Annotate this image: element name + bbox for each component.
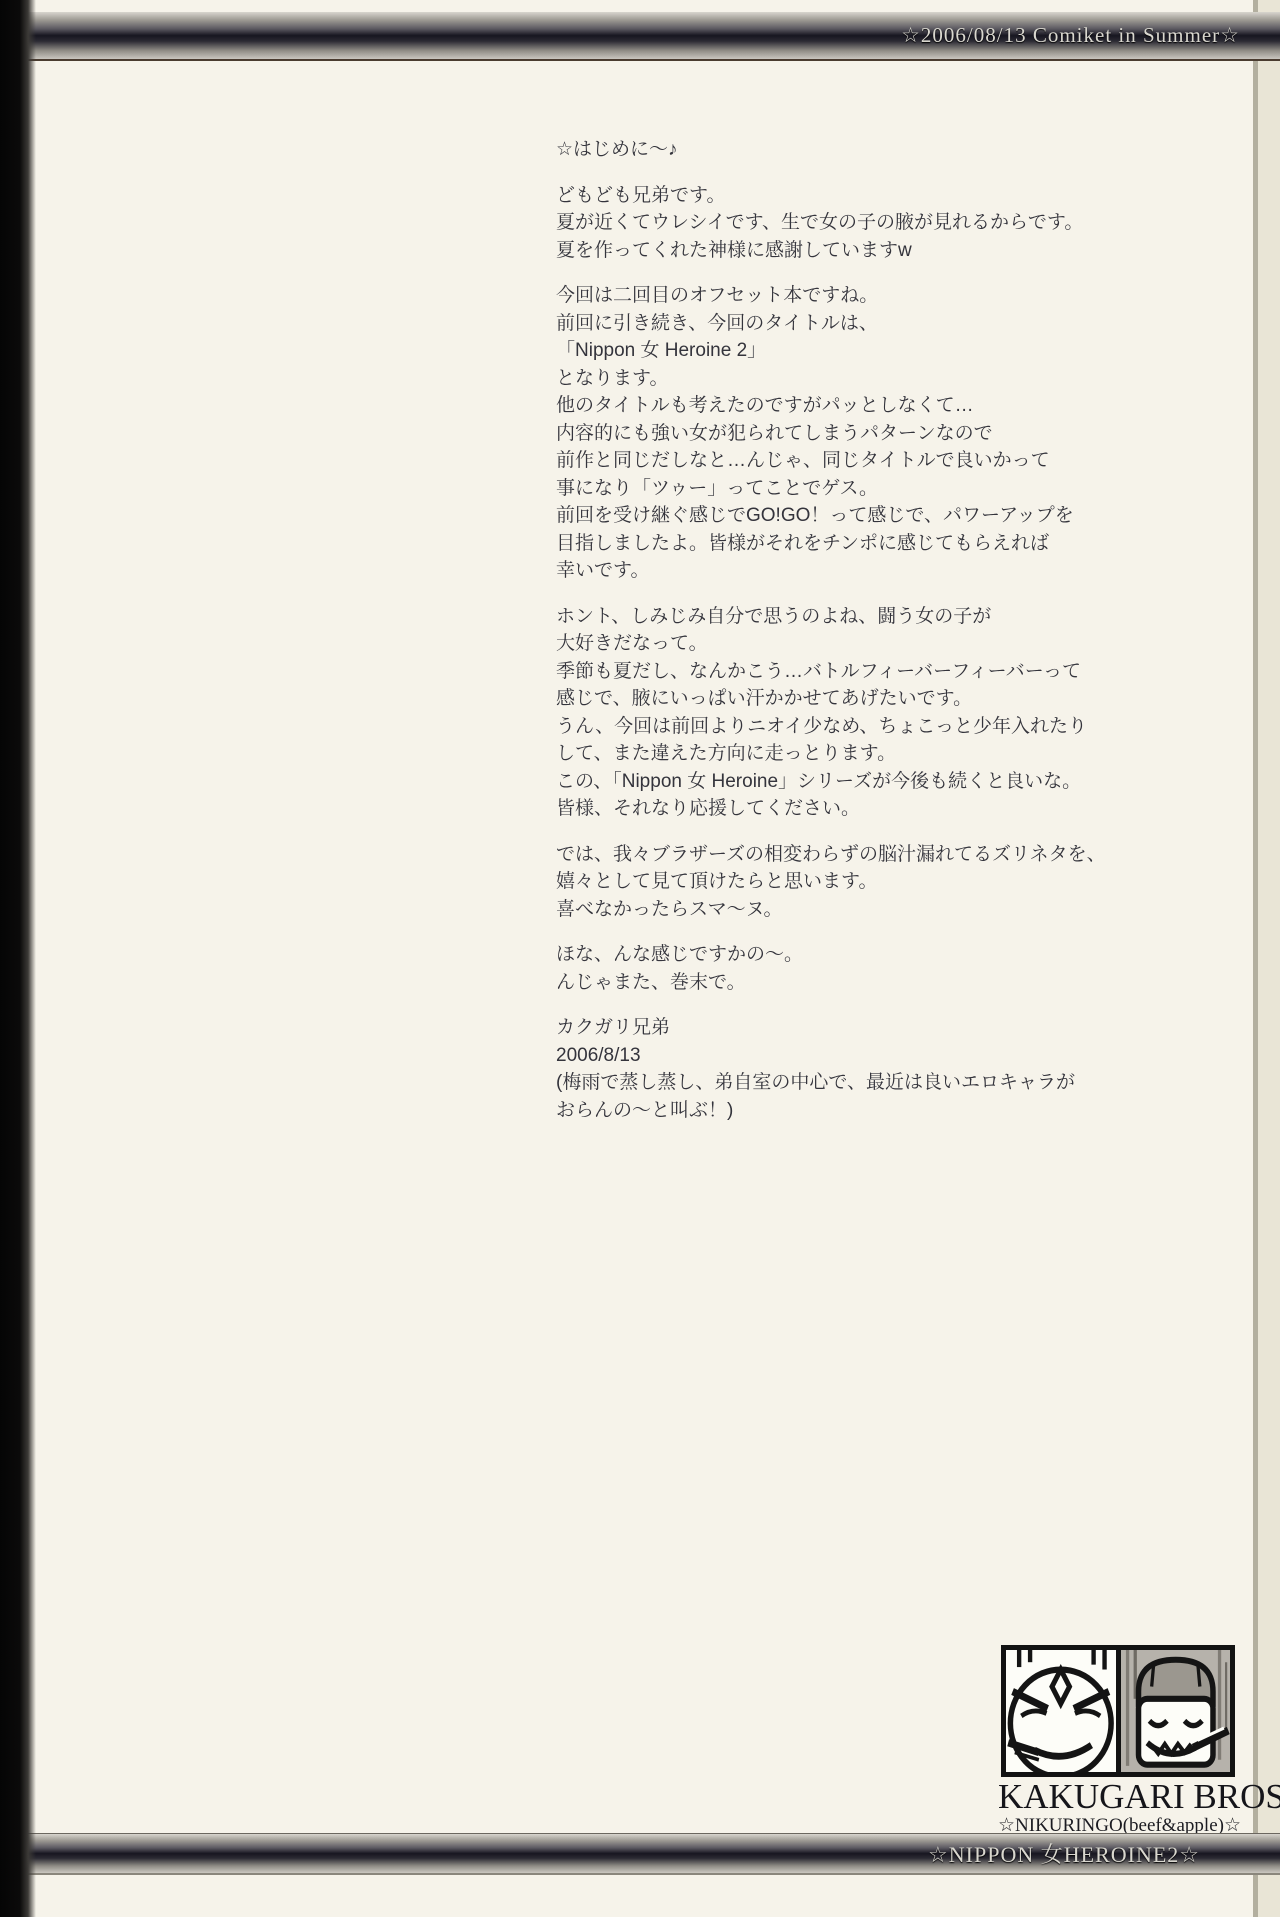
scanned-doujin-page: ☆2006/08/13 Comiket in Summer☆ ☆はじめに～♪ ど… — [0, 0, 1280, 1917]
text-line: カクガリ兄弟 — [556, 1014, 1034, 1042]
text-line: おらんの～と叫ぶ！) — [556, 1097, 1034, 1125]
body-paragraphs: どもども兄弟です。夏が近くてウレシイです、生で女の子の腋が見れるからです。夏を作… — [556, 182, 1034, 1125]
logo-box — [1001, 1645, 1235, 1777]
letter-title: ☆はじめに～♪ — [556, 136, 1034, 164]
text-line: 皆様、それなり応援してください。 — [556, 795, 1034, 823]
text-line: この、「Nippon 女 Heroine」シリーズが今後も続くと良いな。 — [556, 768, 1034, 796]
text-line: 前回に引き続き、今回のタイトルは、 — [556, 310, 1034, 338]
text-line: 幸いです。 — [556, 557, 1034, 585]
text-line: 今回は二回目のオフセット本ですね。 — [556, 282, 1034, 310]
text-line: 前作と同じだしなと…んじゃ、同じタイトルで良いかって — [556, 447, 1034, 475]
text-line: ホント、しみじみ自分で思うのよね、闘う女の子が — [556, 603, 1034, 631]
text-line: んじゃまた、巻末で。 — [556, 969, 1034, 997]
text-line: 嬉々として見て頂けたらと思います。 — [556, 868, 1034, 896]
brother-face-left-svg — [1006, 1650, 1116, 1772]
footer-band: ☆NIPPON 女HEROINE2☆ — [0, 1833, 1280, 1875]
brother-face-right-icon — [1116, 1650, 1231, 1772]
text-line: 事になり「ツゥー」ってことでゲス。 — [556, 475, 1034, 503]
logo-title: KAKUGARI BROS — [998, 1778, 1238, 1815]
paragraph: どもども兄弟です。夏が近くてウレシイです、生で女の子の腋が見れるからです。夏を作… — [556, 182, 1034, 265]
text-line: 2006/8/13 — [556, 1042, 1034, 1070]
paragraph: ほな、んな感じですかの～。んじゃまた、巻末で。 — [556, 941, 1034, 996]
text-line: 感じで、腋にいっぱい汗かかせてあげたいです。 — [556, 685, 1034, 713]
paragraph: 今回は二回目のオフセット本ですね。前回に引き続き、今回のタイトルは、「Nippo… — [556, 282, 1034, 585]
text-line: ほな、んな感じですかの～。 — [556, 941, 1034, 969]
text-line: 内容的にも強い女が犯られてしまうパターンなので — [556, 420, 1034, 448]
text-line: (梅雨で蒸し蒸し、弟自室の中心で、最近は良いエロキャラが — [556, 1069, 1034, 1097]
text-line: 夏を作ってくれた神様に感謝していますw — [556, 237, 1034, 265]
text-line: 前回を受け継ぐ感じでGO!GO！って感じで、パワーアップを — [556, 502, 1034, 530]
text-line: となります。 — [556, 365, 1034, 393]
text-line: 夏が近くてウレシイです、生で女の子の腋が見れるからです。 — [556, 209, 1034, 237]
paragraph: カクガリ兄弟2006/8/13(梅雨で蒸し蒸し、弟自室の中心で、最近は良いエロキ… — [556, 1014, 1034, 1124]
letter-text: ☆はじめに～♪ どもども兄弟です。夏が近くてウレシイです、生で女の子の腋が見れる… — [556, 136, 1034, 1142]
text-line: 「Nippon 女 Heroine 2」 — [556, 337, 1034, 365]
brother-face-left-icon — [1006, 1650, 1116, 1772]
paragraph: では、我々ブラザーズの相変わらずの脳汁漏れてるズリネタを、嬉々として見て頂けたら… — [556, 841, 1034, 924]
text-line: うん、今回は前回よりニオイ少なめ、ちょこっと少年入れたり — [556, 713, 1034, 741]
text-line: 喜べなかったらスマ～ヌ。 — [556, 896, 1034, 924]
scan-edge-margin — [1258, 0, 1280, 1917]
text-line: 目指しましたよ。皆様がそれをチンポに感じてもらえれば — [556, 530, 1034, 558]
scan-edge-crease — [1253, 0, 1258, 1917]
text-line: して、また違えた方向に走っとります。 — [556, 740, 1034, 768]
text-line: では、我々ブラザーズの相変わらずの脳汁漏れてるズリネタを、 — [556, 841, 1034, 869]
book-spine-shadow — [0, 0, 36, 1917]
header-text: ☆2006/08/13 Comiket in Summer☆ — [901, 12, 1280, 59]
paragraph: ホント、しみじみ自分で思うのよね、闘う女の子が大好きだなって。季節も夏だし、なん… — [556, 603, 1034, 823]
text-line: 大好きだなって。 — [556, 630, 1034, 658]
circle-logo: KAKUGARI BROS ☆NIKURINGO(beef&apple)☆ — [998, 1645, 1238, 1837]
text-line: 他のタイトルも考えたのですがパッとしなくて… — [556, 392, 1034, 420]
brother-face-right-svg — [1121, 1650, 1231, 1772]
text-line: 季節も夏だし、なんかこう…バトルフィーバーフィーバーって — [556, 658, 1034, 686]
footer-text: ☆NIPPON 女HEROINE2☆ — [928, 1834, 1280, 1873]
header-band: ☆2006/08/13 Comiket in Summer☆ — [0, 12, 1280, 61]
text-line: どもども兄弟です。 — [556, 182, 1034, 210]
